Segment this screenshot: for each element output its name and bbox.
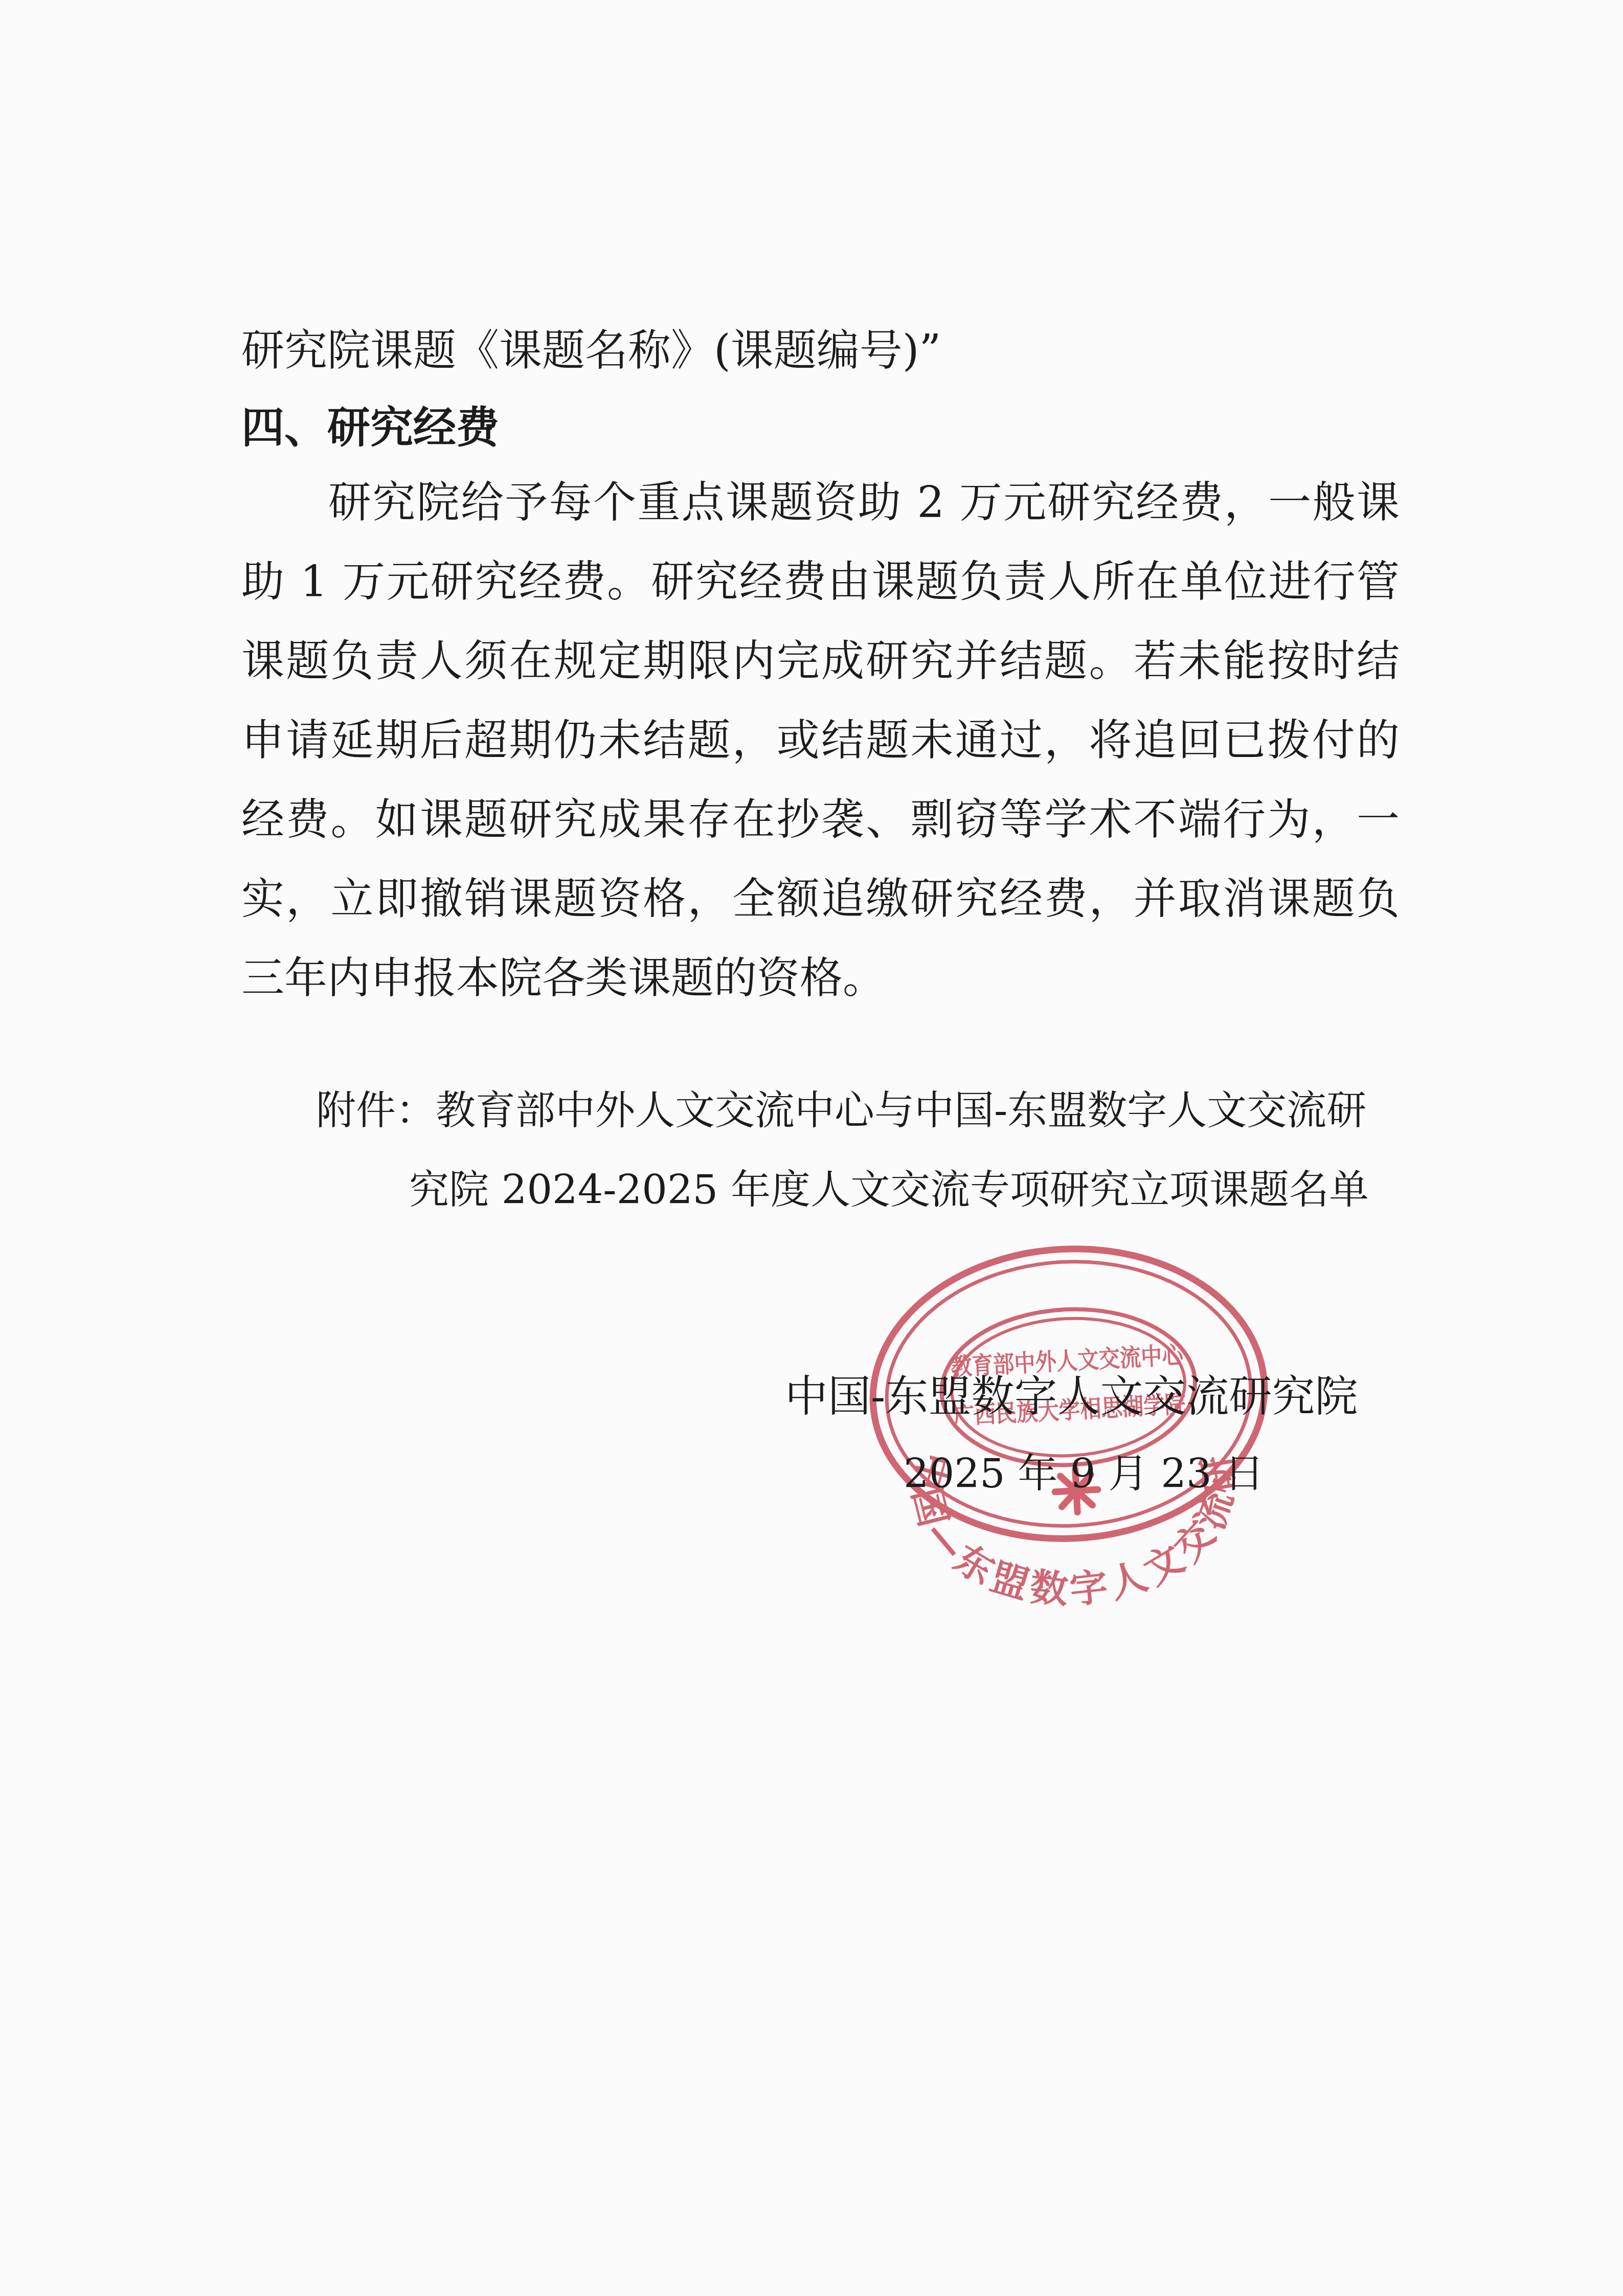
signature-org: 中国-东盟数字人文交流研究院 [785, 1357, 1358, 1436]
paragraph-line: 实，立即撤销课题资格，全额追缴研究经费，并取消课题负责人 [241, 859, 1400, 939]
body-paragraph: 研究院给予每个重点课题资助 2 万元研究经费，一般课题资 助 1 万元研究经费。… [241, 463, 1400, 1018]
paragraph-line: 申请延期后超期仍未结题，或结题未通过，将追回已拨付的研究 [241, 701, 1400, 780]
paragraph-line: 三年内申报本院各类课题的资格。 [241, 939, 1400, 1018]
attachment-line-1: 附件：教育部中外人文交流中心与中国-东盟数字人文交流研 [316, 1072, 1366, 1151]
section-heading: 四、研究经费 [241, 388, 499, 467]
continuation-line: 研究院课题《课题名称》(课题编号)” [241, 311, 941, 390]
paragraph-line: 助 1 万元研究经费。研究经费由课题负责人所在单位进行管理。 [241, 542, 1400, 621]
paragraph-line: 课题负责人须在规定期限内完成研究并结题。若未能按时结题、 [241, 621, 1400, 701]
document-page: 研究院课题《课题名称》(课题编号)” 四、研究经费 研究院给予每个重点课题资助 … [0, 0, 1623, 2296]
signature-date: 2025 年 9 月 23 日 [904, 1435, 1264, 1514]
paragraph-line: 研究院给予每个重点课题资助 2 万元研究经费，一般课题资 [241, 463, 1400, 542]
attachment-line-2: 究院 2024-2025 年度人文交流专项研究立项课题名单 [409, 1151, 1369, 1230]
paragraph-line: 经费。如课题研究成果存在抄袭、剽窃等学术不端行为，一经查 [241, 780, 1400, 859]
